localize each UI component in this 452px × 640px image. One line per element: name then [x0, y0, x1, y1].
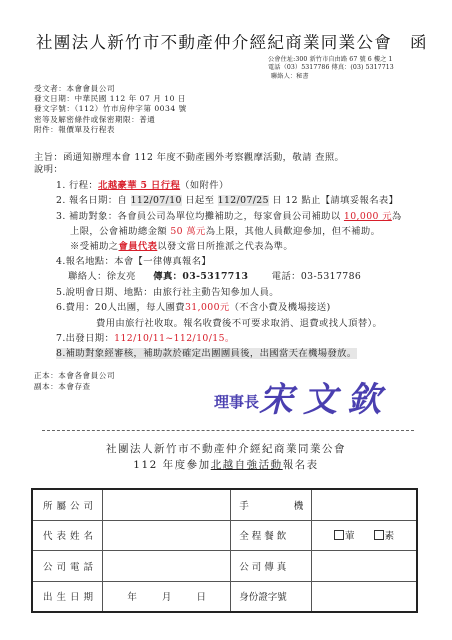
label-text: 手	[239, 498, 249, 512]
meal-option-meat[interactable]: 葷	[334, 531, 355, 542]
label-meals: 全 程 餐 飲	[231, 520, 312, 551]
option-label: 素	[385, 531, 395, 542]
departure-dates: 112/10/11~112/10/15。	[114, 333, 234, 344]
item-text: ※受補助之	[70, 241, 119, 252]
month-label: 月	[162, 592, 172, 603]
rep-name-field[interactable]	[103, 520, 231, 551]
item-text: 上限，公會補助總金額	[70, 226, 170, 237]
form-title-line1: 社團法人新竹市不動產仲介經紀商業同業公會	[0, 441, 452, 456]
item-departure: 7.出發日期：112/10/11~112/10/15。	[56, 330, 235, 344]
form-row: 出生日期 年 月 日 身份證字號	[32, 581, 417, 612]
member-rep: 會員代表	[119, 241, 158, 252]
org-phone-fax: 電話（03）5317786 傳真：(03) 5317713	[268, 62, 394, 71]
subject: 主旨：函通知辦理本會 112 年度不動產國外考察觀摩活動，敬請 查照。	[34, 149, 344, 163]
item-text: 1. 行程：	[56, 180, 98, 191]
meal-option-vegetarian[interactable]: 素	[374, 531, 395, 542]
form-title-activity: 北越自強活動	[211, 459, 283, 471]
org-contact: 聯絡人：秘書	[271, 71, 309, 80]
fee-price: 31,000元	[185, 302, 230, 313]
copy-recipient: 副本：本會存查	[34, 381, 91, 392]
explanation-label: 說明：	[34, 161, 63, 175]
form-row: 代表姓名 全 程 餐 飲 葷 素	[32, 520, 417, 551]
label-mobile: 手機	[231, 489, 312, 520]
item-location-contact: 聯絡人：徐友亮 傳真：03-5317713 電話：03-5317786	[68, 268, 361, 282]
item-text: 日起至	[182, 195, 218, 206]
item-location: 4.報名地點：本會【一律傳真報名】	[56, 253, 211, 267]
form-title-text: 報名表	[283, 459, 319, 471]
attachment: 附件：報價單及行程表	[34, 124, 115, 135]
item-text: 3. 補助對象：各會員公司為單位均攤補助之，每家會員公司補助以	[56, 211, 344, 222]
label-company-fax: 公 司 傳 真	[231, 551, 312, 582]
fax-number: 傳真：03-5317713	[153, 271, 248, 282]
year-label: 年	[127, 592, 137, 603]
original-recipient: 正本：本會各會員公司	[34, 370, 115, 381]
contact-person: 聯絡人：徐友亮	[68, 271, 136, 282]
form-title-line2: 112 年度參加北越自強活動報名表	[0, 457, 452, 472]
label-company: 所屬公司	[32, 489, 103, 520]
item-fee: 6.費用：20人出團，每人團費31,000元（不含小費及機場接送)	[56, 299, 331, 313]
label-text: 機	[294, 498, 304, 512]
signature-name: 宋文欽	[259, 380, 391, 420]
label-rep-name: 代表姓名	[32, 520, 103, 551]
item-text: 2. 報名日期：自	[56, 195, 131, 206]
birth-date-field[interactable]: 年 月 日	[103, 581, 231, 612]
option-label: 葷	[345, 531, 355, 542]
label-birth-date: 出生日期	[32, 581, 103, 612]
checkbox-vegetarian[interactable]	[374, 530, 384, 540]
signature-title: 理事長	[214, 393, 259, 411]
item-fee-line2: 費用由旅行社收取。報名收費後不可要求取消、退費或找人頂替）。	[96, 315, 382, 329]
org-title: 社團法人新竹市不動產仲介經紀商業同業公會函	[36, 29, 428, 53]
cut-line-divider	[42, 430, 414, 431]
doc-number: 發文字號：（112）竹市房仲字第 0034 號	[34, 103, 187, 114]
checkbox-meat[interactable]	[334, 530, 344, 540]
form-row: 所屬公司 手機	[32, 489, 417, 520]
item-text: （不含小費及機場接送)	[230, 302, 331, 313]
item-text: 為上限，其他人員歡迎參加，但不補助。	[206, 226, 381, 237]
label-company-phone: 公司電話	[32, 551, 103, 582]
item-text: 8.補助對象經審核，補助款於確定出團團員後，出國當天在機場發放。	[56, 348, 357, 359]
doc-type: 函	[410, 33, 428, 52]
phone-number: 電話：03-5317786	[272, 271, 361, 282]
item-subsidy-line2: 上限，公會補助總金額 50 萬元為上限，其他人員歡迎參加，但不補助。	[70, 223, 380, 237]
item-registration-date: 2. 報名日期：自 112/07/10 日起至 112/07/25 日 12 點…	[56, 192, 398, 206]
item-subsidy: 3. 補助對象：各會員公司為單位均攤補助之，每家會員公司補助以 10,000 元…	[56, 208, 402, 222]
day-label: 日	[196, 592, 206, 603]
itinerary-link[interactable]: 北越豪華 5 日行程	[98, 180, 180, 191]
item-text: 為	[392, 211, 402, 222]
item-text: 以發文當日所推派之代表為準。	[157, 241, 293, 252]
form-row: 公司電話 公 司 傳 真	[32, 551, 417, 582]
item-briefing: 5.說明會日期、地點：由旅行社主動告知參加人員。	[56, 284, 279, 298]
registration-form: 所屬公司 手機 代表姓名 全 程 餐 飲 葷 素 公司電話 公 司 傳 真 出生…	[31, 488, 418, 613]
company-phone-field[interactable]	[103, 551, 231, 582]
subject-text: 函通知辦理本會 112 年度不動產國外考察觀摩活動，敬請 查照。	[63, 152, 344, 163]
start-date: 112/07/10	[131, 195, 182, 206]
item-text: 7.出發日期：	[56, 333, 114, 344]
item-subsidy-note: ※受補助之會員代表以發文當日所推派之代表為準。	[70, 238, 293, 252]
company-field[interactable]	[103, 489, 231, 520]
end-date: 112/07/25	[218, 195, 269, 206]
label-id-number: 身份證字號	[231, 581, 312, 612]
item-itinerary: 1. 行程：北越豪華 5 日行程（如附件）	[56, 177, 229, 191]
org-name: 社團法人新竹市不動產仲介經紀商業同業公會	[36, 33, 392, 52]
chairman-signature: 理事長宋文欽	[214, 372, 391, 421]
meal-options: 葷 素	[312, 520, 417, 551]
subsidy-amount: 10,000 元	[344, 211, 392, 222]
item-text: 日 12 點止【請填妥報名表】	[269, 195, 398, 206]
form-title-text: 112 年度參加	[133, 459, 210, 471]
id-number-field[interactable]	[312, 581, 417, 612]
mobile-field[interactable]	[312, 489, 417, 520]
item-text: 6.費用：20人出團，每人團費	[56, 302, 185, 313]
subsidy-total: 50 萬元	[170, 226, 205, 237]
item-disbursement: 8.補助對象經審核，補助款於確定出團團員後，出國當天在機場發放。	[56, 345, 357, 359]
company-fax-field[interactable]	[312, 551, 417, 582]
item-text: （如附件）	[180, 180, 229, 191]
